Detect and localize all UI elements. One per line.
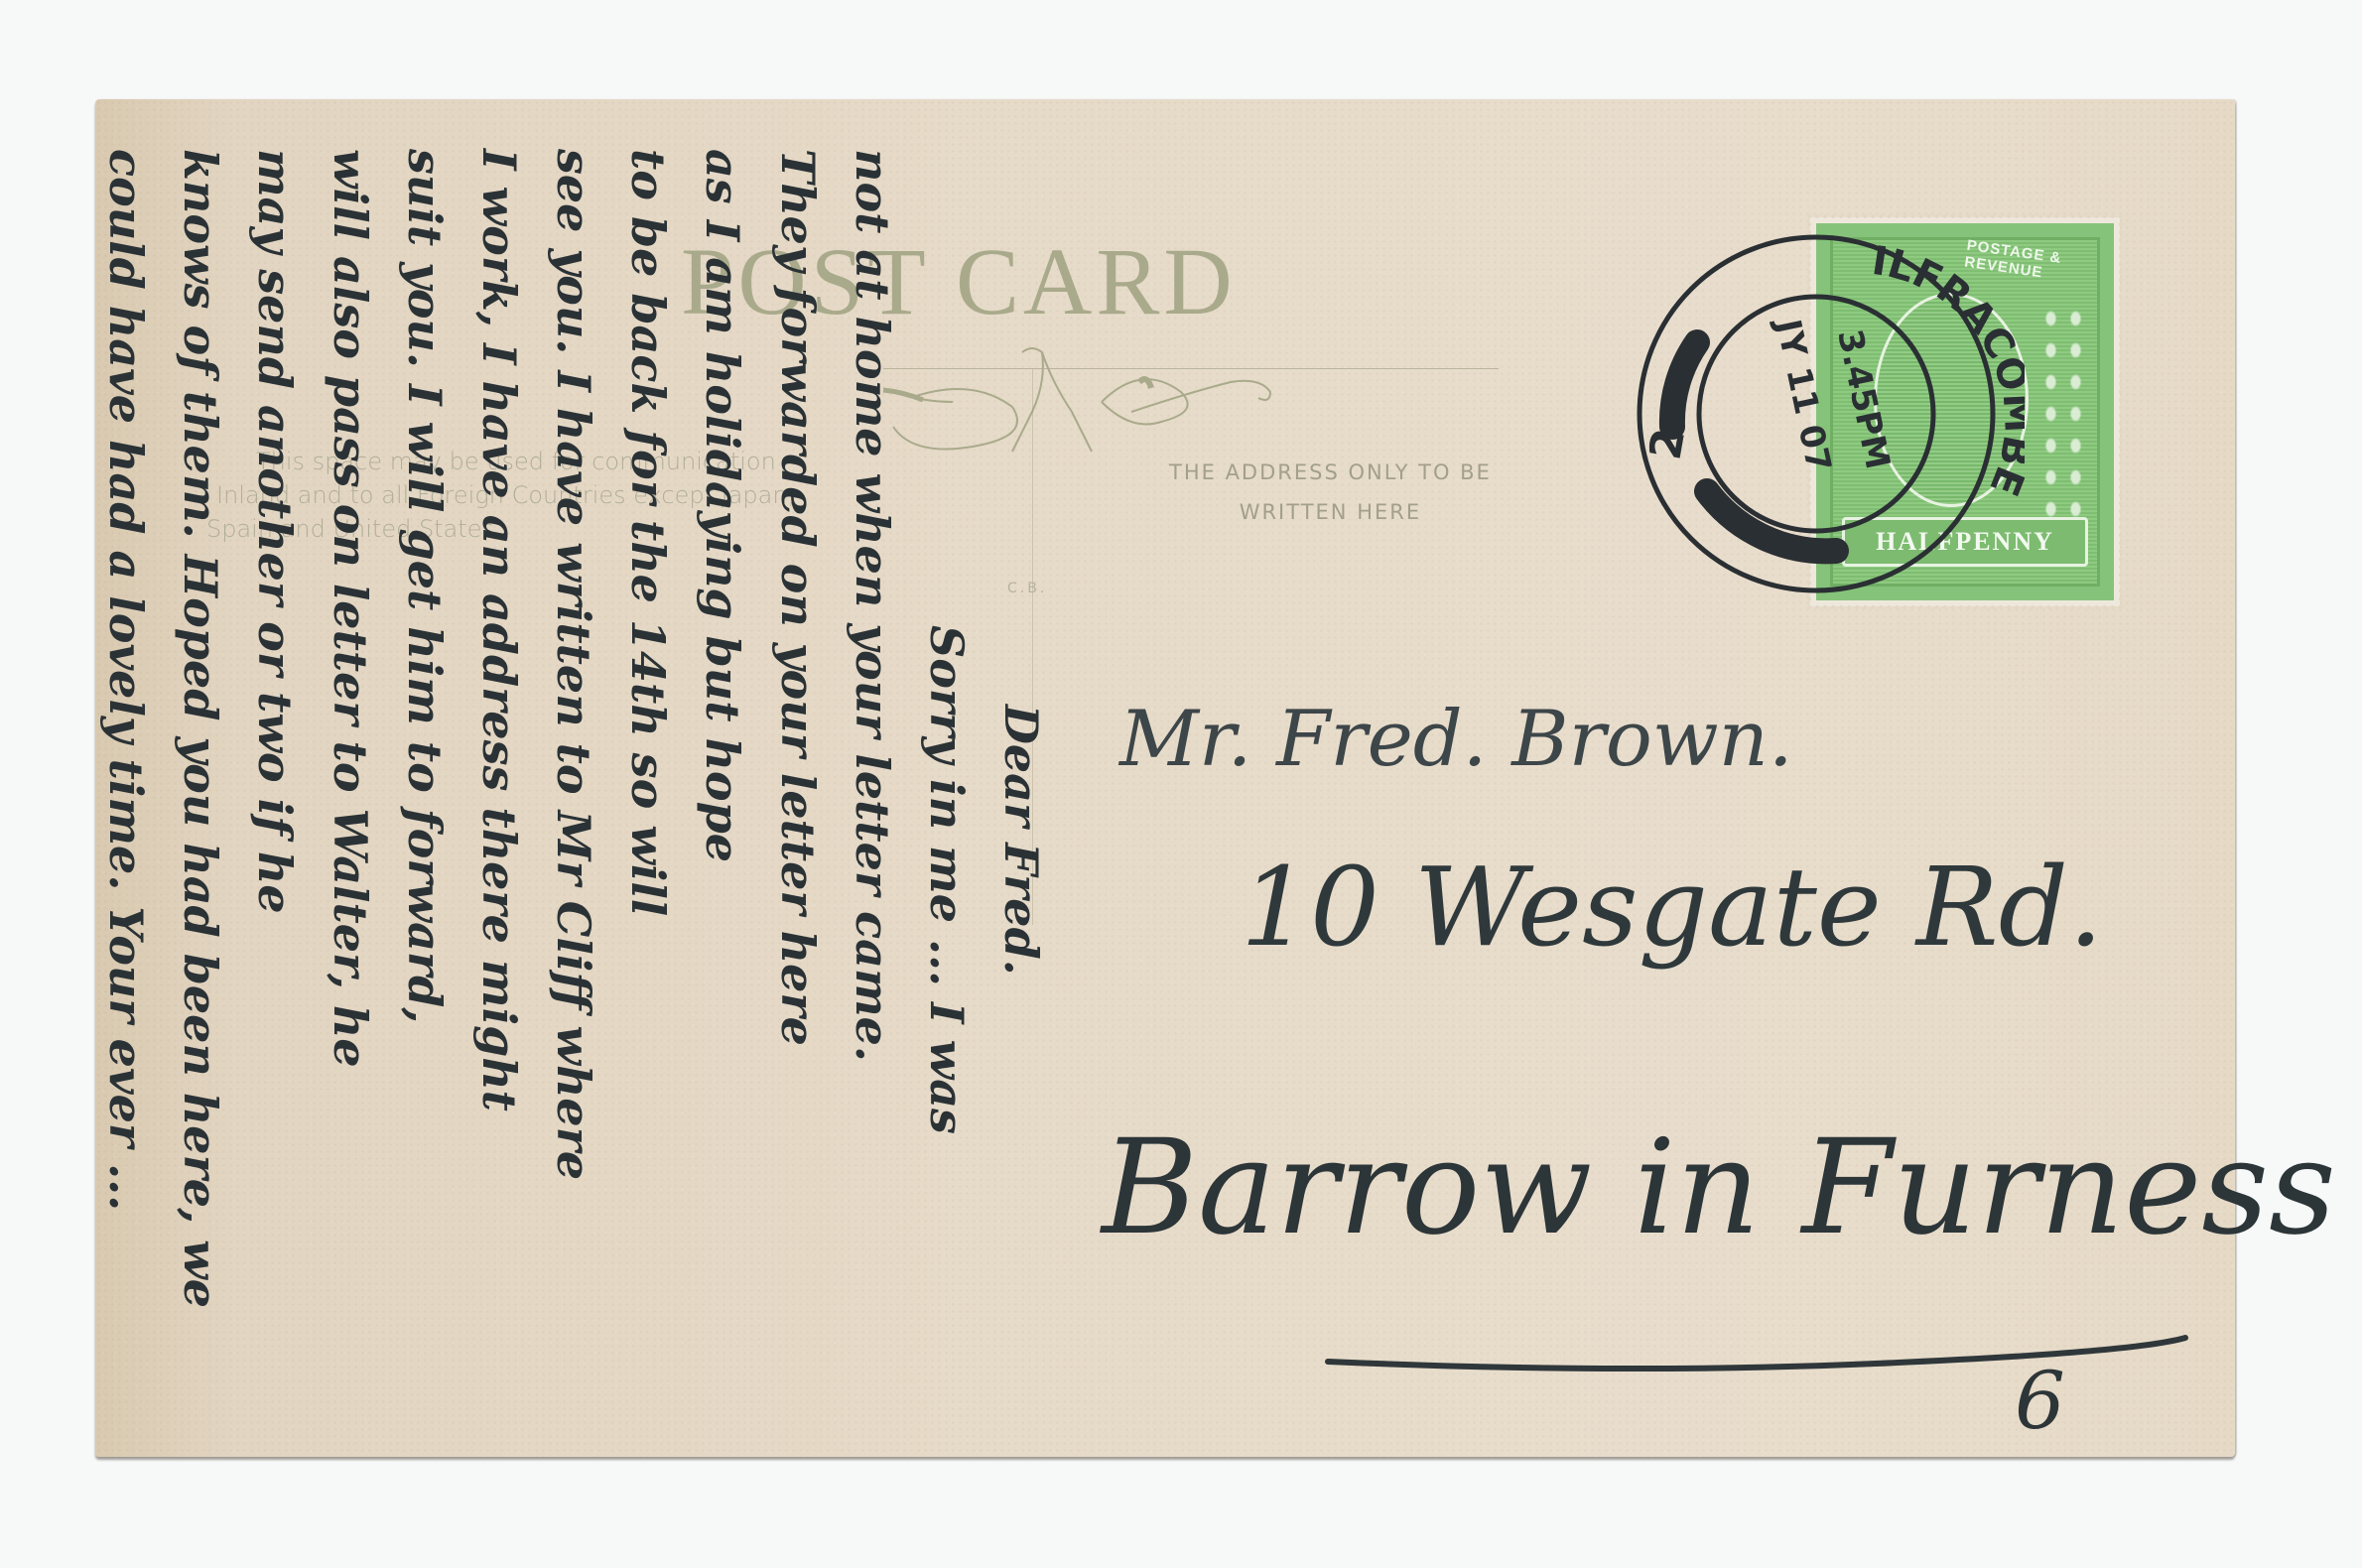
printer-mark: C.B. (1007, 581, 1047, 596)
message-line: I work, I have an address there might (476, 149, 522, 1111)
oak-leaves-icon (2038, 303, 2088, 531)
notice-line: WRITTEN HERE (1169, 492, 1492, 532)
message-line: They forwarded on your letter here (775, 149, 821, 1046)
message-line: suit you. I will get him to forward, (402, 149, 448, 1023)
message-line: as I am holidaying but hope (700, 149, 745, 862)
message-line: could have had a lovely time. Your ever … (103, 149, 149, 1211)
message-line: will also pass on letter to Walter, he (328, 149, 373, 1068)
recipient-street: 10 Wesgate Rd. (1241, 844, 2103, 971)
postmark-date: JY 11 07 (1768, 315, 1839, 475)
message-line: not at home when your letter came. (850, 149, 895, 1062)
message-line: to be back for the 14th so will (625, 149, 671, 916)
message-line: knows of them. Hoped you had been here, … (178, 149, 223, 1308)
recipient-town: Barrow in Furness (1102, 1111, 2336, 1264)
postal-mark: 6 (2015, 1355, 2065, 1447)
postmark-time: 3.45PM (1829, 327, 1898, 473)
message-line: see you. I have written to Mr Cliff wher… (551, 149, 596, 1180)
postcard-title: POST CARD (681, 234, 1237, 329)
ornament-flourish-icon (873, 342, 1290, 461)
message-line: may send another or two if he (252, 149, 298, 914)
message-line: Sorry in me ... I was (924, 625, 970, 1134)
recipient-name: Mr. Fred. Brown. (1119, 695, 1793, 784)
notice-line: THE ADDRESS ONLY TO BE (1169, 453, 1492, 492)
message-line: Dear Fred. (998, 705, 1044, 976)
postmark-code: 2 (1640, 425, 1696, 463)
address-space-notice: THE ADDRESS ONLY TO BE WRITTEN HERE (1169, 453, 1492, 532)
postmark-cancel: ILFRACOMBE 2 JY 11 07 3.45PM (1628, 223, 2025, 620)
